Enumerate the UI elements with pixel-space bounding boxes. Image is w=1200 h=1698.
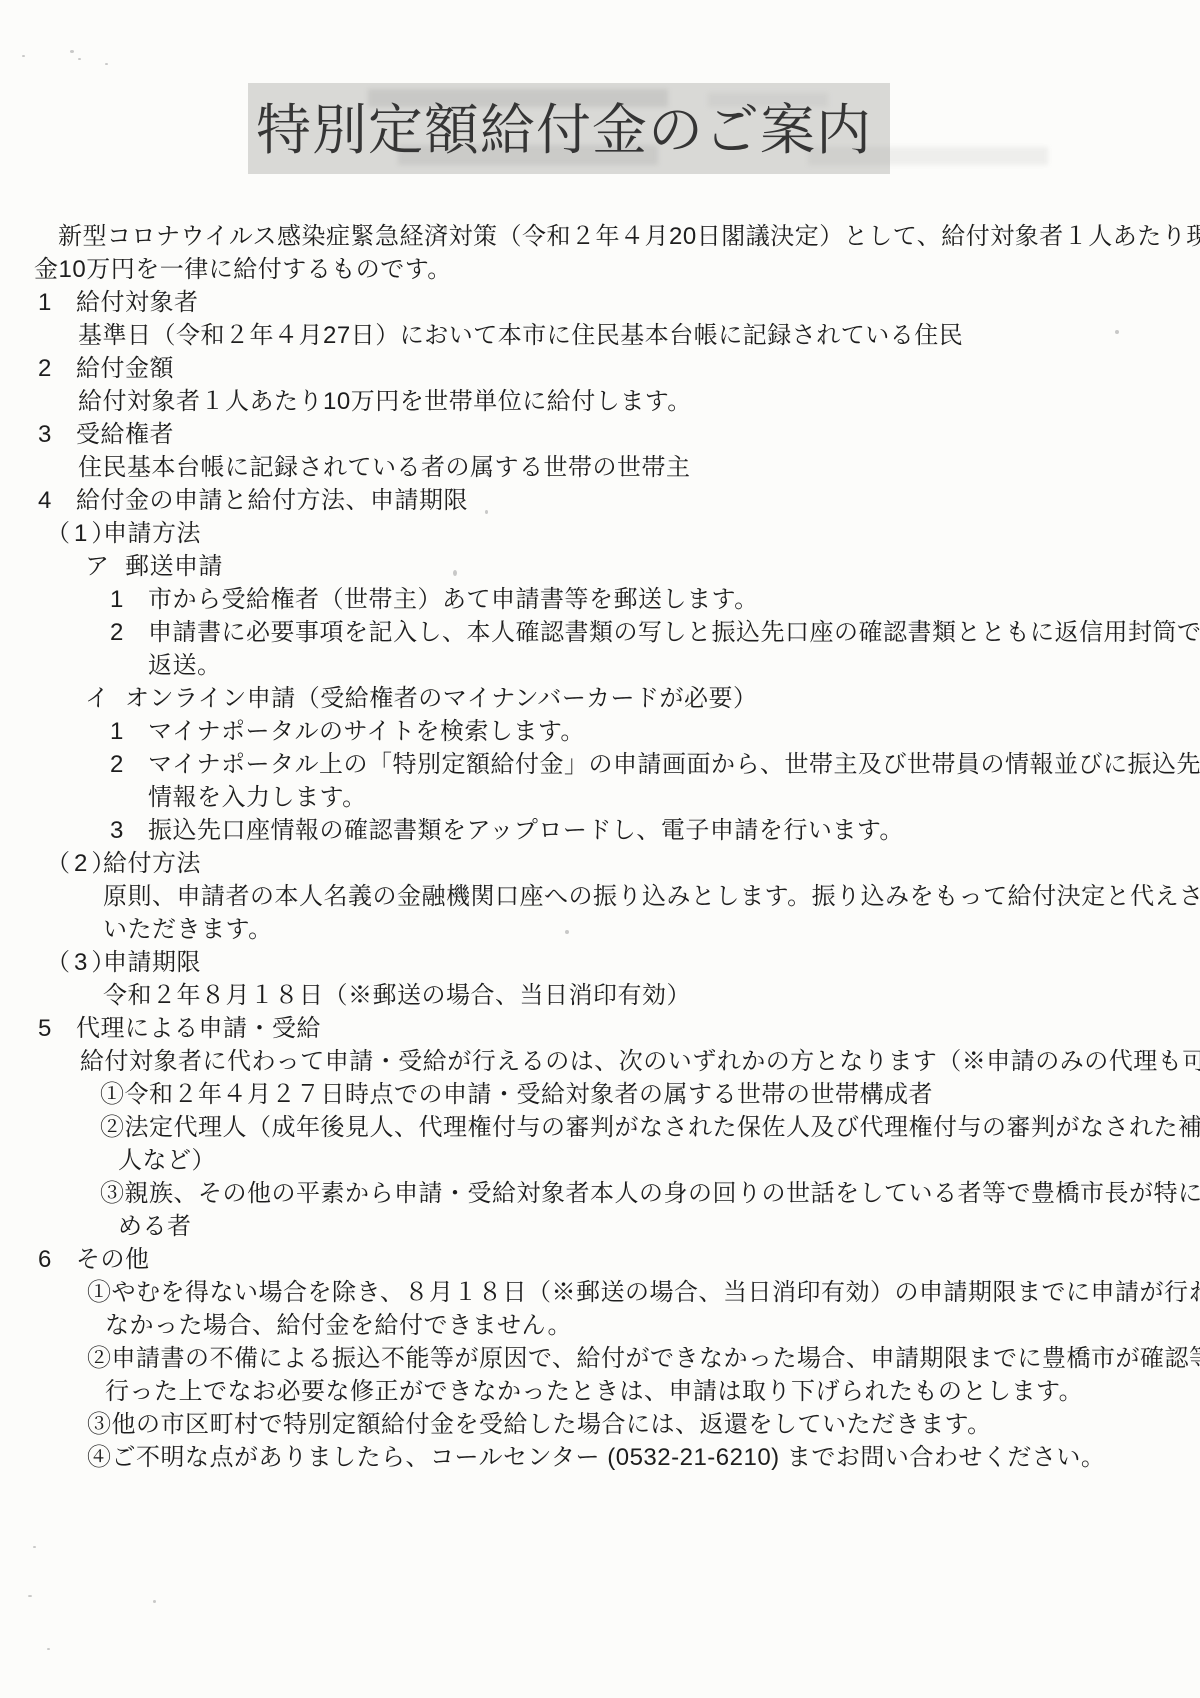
section-4-1-heading: （1）申請方法 (0, 517, 1200, 550)
section-4-3-label: （3） (46, 946, 103, 979)
intro-line-1: 新型コロナウイルス感染症緊急経済対策（令和２年４月20日閣議決定）として、給付対… (0, 220, 1200, 253)
section-1-number: 1 (38, 286, 76, 319)
online-step-1-number: 1 (110, 715, 148, 748)
section-4-1-i-title: オンライン申請（受給権者のマイナンバーカードが必要） (125, 685, 757, 712)
online-step-1-text: マイナポータルのサイトを検索します。 (148, 718, 585, 745)
section-6-item-2-continuation: 行った上でなお必要な修正ができなかったときは、申請は取り下げられたものとします。 (0, 1375, 1200, 1408)
section-4-title: 給付金の申請と給付方法、申請期限 (76, 487, 468, 514)
scan-speck (78, 58, 81, 60)
intro-line-2: 金10万円を一律に給付するものです。 (0, 253, 1200, 286)
section-6-item-3: ③他の市区町村で特別定額給付金を受給した場合には、返還をしていただきます。 (0, 1408, 1200, 1441)
mail-step-2: 2申請書に必要事項を記入し、本人確認書類の写しと振込先口座の確認書類とともに返信… (0, 616, 1200, 649)
section-1-body: 基準日（令和２年４月27日）において本市に住民基本台帳に記録されている住民 (0, 319, 1200, 352)
section-4-2-label: （2） (46, 847, 103, 880)
section-4-2-body-2: いただきます。 (0, 913, 1200, 946)
mail-step-1-text: 市から受給権者（世帯主）あて申請書等を郵送します。 (148, 586, 759, 613)
scan-speck (70, 50, 74, 53)
section-1-title: 給付対象者 (76, 289, 199, 316)
section-5-title: 代理による申請・受給 (76, 1015, 321, 1042)
section-5-item-2-continuation: 人など） (0, 1144, 1200, 1177)
section-6-title: その他 (76, 1246, 150, 1273)
title-banner: 特別定額給付金のご案内 (248, 83, 890, 174)
mail-step-1: 1市から受給権者（世帯主）あて申請書等を郵送します。 (0, 583, 1200, 616)
section-5-item-2: ②法定代理人（成年後見人、代理権付与の審判がなされた保佐人及び代理権付与の審判が… (0, 1111, 1200, 1144)
section-3-title: 受給権者 (76, 421, 174, 448)
section-5-item-1: ①令和２年４月２７日時点での申請・受給対象者の属する世帯の世帯構成者 (0, 1078, 1200, 1111)
section-4-1-title: 申請方法 (103, 520, 201, 547)
section-6-number: 6 (38, 1243, 76, 1276)
scan-speck (153, 1600, 156, 1603)
section-5-number: 5 (38, 1012, 76, 1045)
section-4-1-a-heading: ア郵送申請 (0, 550, 1200, 583)
online-step-2-text: マイナポータル上の「特別定額給付金」の申請画面から、世帯主及び世帯員の情報並びに… (148, 751, 1200, 778)
section-5-heading: 5代理による申請・受給 (0, 1012, 1200, 1045)
kana-label-a: ア (85, 550, 125, 583)
section-2-title: 給付金額 (76, 355, 174, 382)
online-step-2: 2マイナポータル上の「特別定額給付金」の申請画面から、世帯主及び世帯員の情報並び… (0, 748, 1200, 781)
section-5-body: 給付対象者に代わって申請・受給が行えるのは、次のいずれかの方となります（※申請の… (0, 1045, 1200, 1078)
mail-step-2-number: 2 (110, 616, 148, 649)
section-4-1-i-heading: イオンライン申請（受給権者のマイナンバーカードが必要） (0, 682, 1200, 715)
section-5-item-3-continuation: める者 (0, 1210, 1200, 1243)
section-6-item-1-continuation: なかった場合、給付金を給付できません。 (0, 1309, 1200, 1342)
section-4-2-heading: （2）給付方法 (0, 847, 1200, 880)
section-4-1-label: （1） (46, 517, 103, 550)
section-4-heading: 4給付金の申請と給付方法、申請期限 (0, 484, 1200, 517)
scan-speck (105, 63, 108, 65)
section-1-heading: 1給付対象者 (0, 286, 1200, 319)
section-4-2-title: 給付方法 (103, 850, 201, 877)
mail-step-1-number: 1 (110, 583, 148, 616)
section-4-2-body-1: 原則、申請者の本人名義の金融機関口座への振り込みとします。振り込みをもって給付決… (0, 880, 1200, 913)
kana-label-i: イ (85, 682, 125, 715)
section-2-heading: 2給付金額 (0, 352, 1200, 385)
online-step-3-number: 3 (110, 814, 148, 847)
mail-step-2-continuation: 返送。 (0, 649, 1200, 682)
scanned-document-page: 特別定額給付金のご案内 新型コロナウイルス感染症緊急経済対策（令和２年４月20日… (0, 0, 1200, 1698)
section-6-item-1: ①やむを得ない場合を除き、８月１８日（※郵送の場合、当日消印有効）の申請期限まで… (0, 1276, 1200, 1309)
online-step-2-continuation: 情報を入力します。 (0, 781, 1200, 814)
online-step-3: 3振込先口座情報の確認書類をアップロードし、電子申請を行います。 (0, 814, 1200, 847)
section-5-item-3: ③親族、その他の平素から申請・受給対象者本人の身の回りの世話をしている者等で豊橋… (0, 1177, 1200, 1210)
online-step-1: 1マイナポータルのサイトを検索します。 (0, 715, 1200, 748)
scan-speck (22, 55, 25, 57)
section-4-number: 4 (38, 484, 76, 517)
section-6-item-4: ④ご不明な点がありましたら、コールセンター (0532-21-6210) までお… (0, 1441, 1200, 1474)
section-6-item-2: ②申請書の不備による振込不能等が原因で、給付ができなかった場合、申請期限までに豊… (0, 1342, 1200, 1375)
section-4-3-heading: （3）申請期限 (0, 946, 1200, 979)
section-6-heading: 6その他 (0, 1243, 1200, 1276)
section-4-3-body: 令和２年８月１８日（※郵送の場合、当日消印有効） (0, 979, 1200, 1012)
scan-speck (47, 1648, 50, 1650)
online-step-2-number: 2 (110, 748, 148, 781)
section-3-number: 3 (38, 418, 76, 451)
section-3-body: 住民基本台帳に記録されている者の属する世帯の世帯主 (0, 451, 1200, 484)
section-3-heading: 3受給権者 (0, 418, 1200, 451)
mail-step-2-text: 申請書に必要事項を記入し、本人確認書類の写しと振込先口座の確認書類とともに返信用… (148, 619, 1200, 646)
scan-speck (33, 1546, 36, 1548)
section-2-body: 給付対象者１人あたり10万円を世帯単位に給付します。 (0, 385, 1200, 418)
section-4-3-title: 申請期限 (103, 949, 201, 976)
scan-speck (28, 1595, 32, 1597)
section-4-1-a-title: 郵送申請 (125, 553, 223, 580)
document-body: 新型コロナウイルス感染症緊急経済対策（令和２年４月20日閣議決定）として、給付対… (0, 220, 1200, 1474)
document-title: 特別定額給付金のご案内 (248, 83, 890, 178)
section-2-number: 2 (38, 352, 76, 385)
online-step-3-text: 振込先口座情報の確認書類をアップロードし、電子申請を行います。 (148, 817, 904, 844)
